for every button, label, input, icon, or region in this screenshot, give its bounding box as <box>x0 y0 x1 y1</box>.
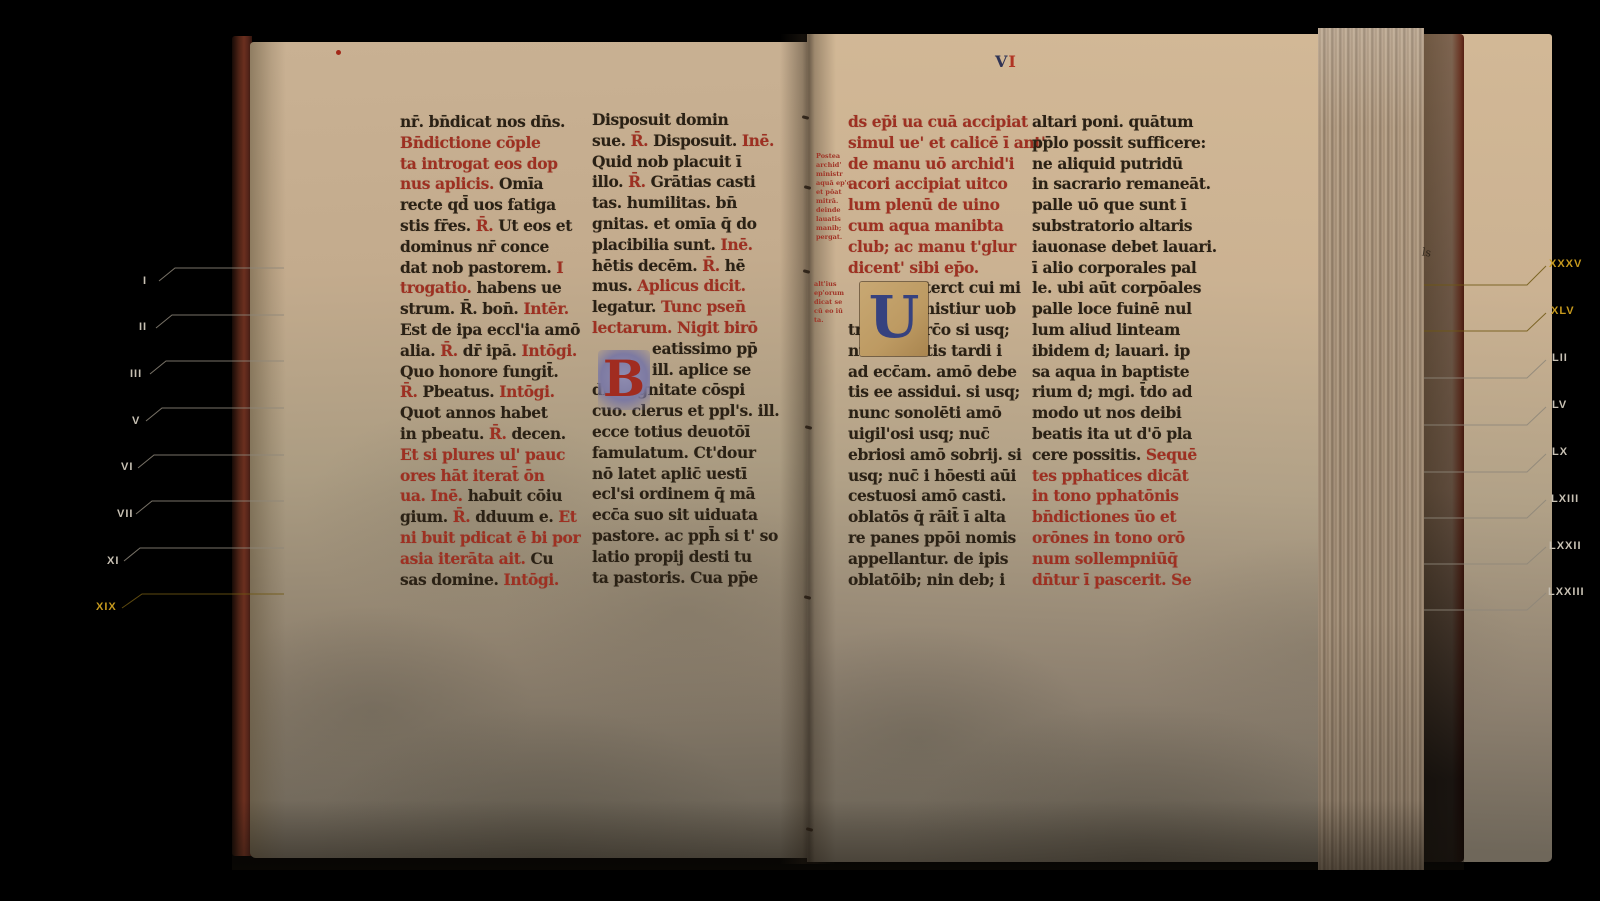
nav-marker-LII[interactable]: LII <box>1552 352 1568 364</box>
manuscript-text: Sequē <box>1146 445 1197 464</box>
manuscript-text: Disposuit domin <box>592 110 728 129</box>
manuscript-text: acori accipiat uitco <box>848 174 1008 193</box>
manuscript-text: dn̄tur ī pascerit. Se <box>1032 570 1191 589</box>
nav-marker-I[interactable]: I <box>143 275 147 287</box>
manuscript-text: club; ac manu t'glur <box>848 237 1016 256</box>
manuscript-text: uigil'osi usq; nuc̄ <box>848 424 990 443</box>
manuscript-text: Omīa <box>499 174 543 193</box>
nav-marker-II[interactable]: II <box>139 321 147 333</box>
manuscript-text: orōnes in tono orō <box>1032 528 1185 547</box>
manuscript-text: Intēr. <box>523 299 568 318</box>
manuscript-text: ne aliquid putridū <box>1032 154 1183 173</box>
manuscript-text: Inē. <box>742 131 774 150</box>
manuscript-text: ecl'si ordinem q̄ mā <box>592 484 755 503</box>
manuscript-text: appellantur. de ipis <box>848 549 1008 568</box>
manuscript-text: ecce totius deuotōī <box>592 422 750 441</box>
manuscript-text: Quo honore fungit̄. <box>400 362 558 381</box>
manuscript-text: modo ut nos deibi <box>1032 403 1181 422</box>
manuscript-text: le. ubi aūt corpōales <box>1032 278 1201 297</box>
nav-marker-XXXV[interactable]: XXXV <box>1549 258 1582 270</box>
manuscript-text: trogatio. <box>400 278 476 297</box>
manuscript-text: Ut eos et <box>498 216 572 235</box>
manuscript-text: R̄. <box>628 172 650 191</box>
manuscript-text: I <box>556 258 563 277</box>
right-book-cover <box>1424 34 1464 862</box>
manuscript-text: Intōgi. <box>522 341 577 360</box>
manuscript-text: palle uō que sunt ī <box>1032 195 1186 214</box>
manuscript-text: palle loce fuinē nul <box>1032 299 1192 318</box>
manuscript-text: latio propij desti tu <box>592 547 752 566</box>
manuscript-viewer: ls VI nr̄. bn̄dicat nos dn̄s.Bn̄dictione… <box>0 0 1600 901</box>
manuscript-text: R̄. <box>489 424 511 443</box>
manuscript-text: oblatōib; nin deb; i <box>848 570 1005 589</box>
manuscript-text: strum. R̄. bon̄. <box>400 299 523 318</box>
text-column-left-1: nr̄. bn̄dicat nos dn̄s.Bn̄dictione cōple… <box>400 112 580 590</box>
manuscript-text: placibilia sunt. <box>592 235 720 254</box>
manuscript-text: ni buit pdicat ē bi por <box>400 528 580 547</box>
folio-number-i: I <box>1008 52 1016 71</box>
red-ink-dot <box>336 50 341 55</box>
manuscript-text: Intōgi. <box>503 570 558 589</box>
manuscript-text: Bn̄dictione cōple <box>400 133 540 152</box>
manuscript-text: sue. <box>592 131 631 150</box>
manuscript-text: R̄. <box>440 341 462 360</box>
manuscript-text: mus. <box>592 276 637 295</box>
marginal-gloss-2: alt'iusep'orumdicat secū eo iūta. <box>814 280 844 325</box>
nav-marker-LX[interactable]: LX <box>1552 446 1568 458</box>
manuscript-text: cere possitis. <box>1032 445 1146 464</box>
manuscript-text: in pbeatu. <box>400 424 489 443</box>
manuscript-text: eatissimo pp̄ <box>652 339 757 358</box>
manuscript-text: ores hāt iterat̄ ōn <box>400 466 544 485</box>
manuscript-text: re panes ppōi nomis <box>848 528 1016 547</box>
manuscript-text: Quid nob placuit ī <box>592 152 741 171</box>
manuscript-text: R̄. <box>476 216 498 235</box>
manuscript-text: famulatum. Ct'dour <box>592 443 756 462</box>
manuscript-text: beatis ita ut d'ō pla <box>1032 424 1192 443</box>
marginal-gloss-1: Posteaarchid'ministraquā ep'oet pōatmitr… <box>816 152 851 242</box>
manuscript-text: recte qd̄ uos fatiga <box>400 195 556 214</box>
manuscript-text: habens ue <box>476 278 561 297</box>
manuscript-text: Grātias casti <box>651 172 756 191</box>
manuscript-text: ua. Inē. <box>400 486 468 505</box>
manuscript-text: lectarum. Nigit birō <box>592 318 758 337</box>
manuscript-text: tes pphatices dicāt <box>1032 466 1188 485</box>
manuscript-text: hētis decēm. <box>592 256 702 275</box>
manuscript-text: dicent' sibi ep̄o. <box>848 258 979 277</box>
nav-marker-XLV[interactable]: XLV <box>1551 305 1575 317</box>
manuscript-text: R̄. <box>702 256 724 275</box>
manuscript-text: habuit cōiu <box>468 486 562 505</box>
manuscript-text: R̄. <box>631 131 653 150</box>
manuscript-text: Tunc psen̄ <box>661 297 746 316</box>
manuscript-text: ad ecc̄am. amō debe <box>848 362 1017 381</box>
nav-marker-XI[interactable]: XI <box>107 555 119 567</box>
manuscript-text: sas domine. <box>400 570 503 589</box>
manuscript-text: R̄. <box>400 382 422 401</box>
manuscript-text: in tono pphatōnis <box>1032 486 1179 505</box>
nav-marker-VI[interactable]: VI <box>121 461 133 473</box>
manuscript-text: ebriosi amō sobrij. si <box>848 445 1021 464</box>
manuscript-text: ta pastoris. Cua pp̄e <box>592 568 758 587</box>
manuscript-text: nō latet aplic̄ uestī <box>592 464 747 483</box>
manuscript-text: rium d; mgi. t̄do ad <box>1032 382 1192 401</box>
manuscript-text: num sollempniūq̄ <box>1032 549 1178 568</box>
nav-marker-LXIII[interactable]: LXIII <box>1551 493 1579 505</box>
manuscript-text: Inē. <box>720 235 752 254</box>
nav-marker-VII[interactable]: VII <box>117 508 133 520</box>
manuscript-text: dat nob pastorem. <box>400 258 556 277</box>
manuscript-text: Cu <box>531 549 554 568</box>
manuscript-text: gnitas. et omīa q̄ do <box>592 214 757 233</box>
manuscript-text: cestuosi amō casti. <box>848 486 1006 505</box>
manuscript-text: pastore. ac pph̄ si t' so <box>592 526 778 545</box>
manuscript-text: ds ep̄i ua cuā accipiat <box>848 112 1028 131</box>
open-book: ls VI nr̄. bn̄dicat nos dn̄s.Bn̄dictione… <box>232 28 1464 870</box>
manuscript-text: alia. <box>400 341 440 360</box>
manuscript-text: lum plenū de uino <box>848 195 1000 214</box>
manuscript-text: cum aqua manibta <box>848 216 1003 235</box>
manuscript-text: dduum e. <box>475 507 558 526</box>
manuscript-text: usq; nuc̄ i hōesti aūi <box>848 466 1016 485</box>
manuscript-text: pp̄lo possit sufficere: <box>1032 133 1206 152</box>
nav-marker-LXXII[interactable]: LXXII <box>1549 540 1582 552</box>
manuscript-text: Intōgi. <box>499 382 554 401</box>
manuscript-text: hē <box>725 256 745 275</box>
manuscript-text: Aplicus dicit. <box>637 276 745 295</box>
manuscript-text: de manu uō archid'i <box>848 154 1014 173</box>
manuscript-text: terct cui mi <box>924 278 1021 297</box>
nav-marker-LV[interactable]: LV <box>1552 399 1567 411</box>
illuminated-initial-u: U <box>860 282 928 356</box>
manuscript-text: ta introgat eos dop <box>400 154 558 173</box>
nav-marker-LXXIII[interactable]: LXXIII <box>1548 586 1585 598</box>
manuscript-text: stis fr̄es. <box>400 216 476 235</box>
manuscript-text: decen. <box>511 424 565 443</box>
manuscript-text: bn̄dictiones ūo et <box>1032 507 1176 526</box>
nav-marker-XIX[interactable]: XIX <box>96 601 117 613</box>
manuscript-text: ill. aplice se <box>652 360 751 379</box>
manuscript-text: ī alio corporales pal <box>1032 258 1196 277</box>
nav-marker-III[interactable]: III <box>130 368 142 380</box>
manuscript-text: Et si plures ul' pauc <box>400 445 565 464</box>
manuscript-text: substratorio altaris <box>1032 216 1192 235</box>
manuscript-text: dominus nr̄ conce <box>400 237 549 256</box>
manuscript-text: dr̄ ipā. <box>463 341 522 360</box>
manuscript-text: simul ue' et calicē ī ant' <box>848 133 1045 152</box>
manuscript-text: ecc̄a suo sit uiduata <box>592 505 758 524</box>
folio-number-v: V <box>995 52 1008 71</box>
manuscript-text: oblatōs q̄ rāit̄ ī alta <box>848 507 1006 526</box>
manuscript-text: tas. humilitas. bn̄ <box>592 193 737 212</box>
manuscript-text: illo. <box>592 172 628 191</box>
manuscript-text: altari poni. quātum <box>1032 112 1193 131</box>
manuscript-text: iauonase debet lauari. <box>1032 237 1217 256</box>
manuscript-text: Disposuit. <box>653 131 742 150</box>
manuscript-text: Pbeatus. <box>422 382 499 401</box>
manuscript-text: gium. <box>400 507 453 526</box>
manuscript-text: Quot annos habet <box>400 403 547 422</box>
manuscript-text: ibidem d; lauari. ip <box>1032 341 1190 360</box>
left-book-cover <box>232 36 252 856</box>
manuscript-text: R̄. <box>453 507 475 526</box>
manuscript-text: nistiur uob <box>924 299 1016 318</box>
manuscript-text: nunc sonolēti amō <box>848 403 1002 422</box>
manuscript-text: Et <box>558 507 576 526</box>
cover-mark: ls <box>1421 245 1432 259</box>
manuscript-text: tis ee assidui. si usq; <box>848 382 1020 401</box>
manuscript-text: Est de ipa eccl'ia amō <box>400 320 580 339</box>
nav-marker-V[interactable]: V <box>132 415 140 427</box>
manuscript-text: asia iterāta ait. <box>400 549 531 568</box>
fore-edge-page-stack[interactable] <box>1318 28 1424 870</box>
manuscript-text: sa aqua in baptiste <box>1032 362 1189 381</box>
manuscript-text: nr̄. bn̄dicat nos dn̄s. <box>400 112 565 131</box>
manuscript-text: in sacrario remaneāt. <box>1032 174 1211 193</box>
manuscript-text: nus aplicis. <box>400 174 499 193</box>
text-column-right-2: altari poni. quātumpp̄lo possit sufficer… <box>1032 112 1217 590</box>
illuminated-initial-b: B <box>598 350 650 410</box>
folio-number: VI <box>995 52 1017 71</box>
manuscript-text: legatur. <box>592 297 661 316</box>
manuscript-text: lum aliud linteam <box>1032 320 1180 339</box>
